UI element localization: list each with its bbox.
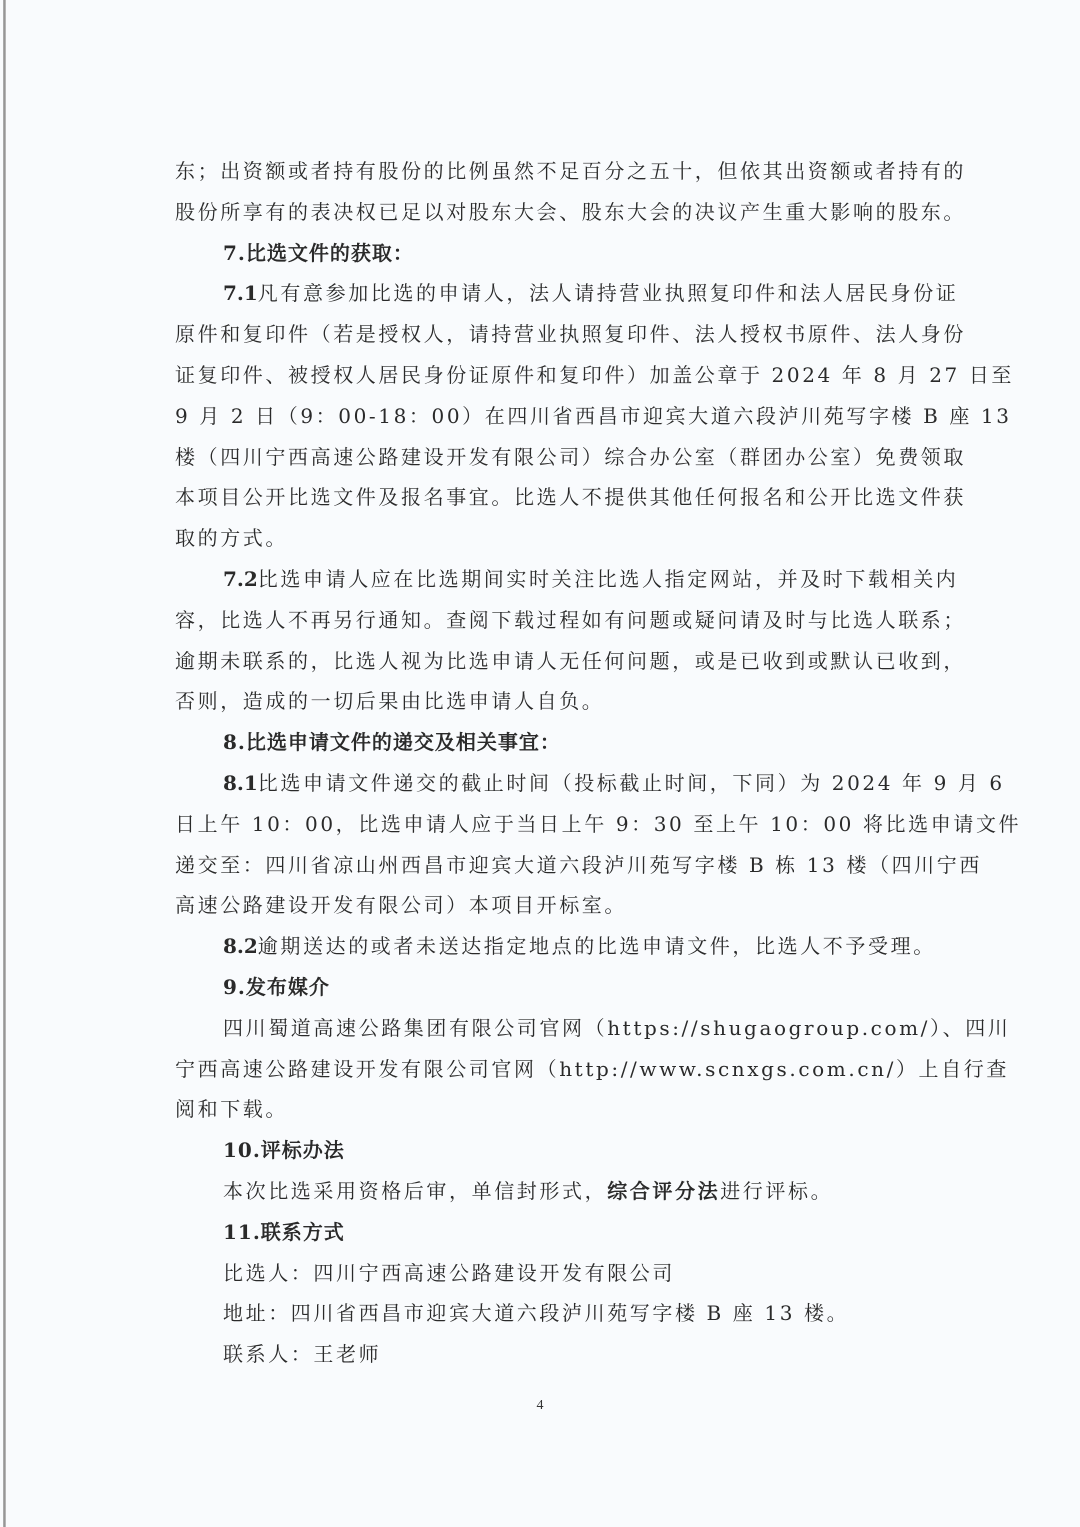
text-line: 容，比选人不再另行通知。查阅下载过程如有问题或疑问请及时与比选人联系； [175, 600, 907, 641]
contact-address: 地址：四川省西昌市迎宾大道六段泸川苑写字楼 B 座 13 楼。 [175, 1293, 907, 1334]
paragraph-8-1-first-line: 8.1比选申请文件递交的截止时间（投标截止时间，下同）为 2024 年 9 月 … [175, 763, 907, 804]
section-heading-9: 9.发布媒介 [175, 967, 907, 1008]
section-heading-11: 11.联系方式 [175, 1212, 907, 1253]
section-heading-10: 10.评标办法 [175, 1130, 907, 1171]
paragraph-8-2: 8.2逾期送达的或者未送达指定地点的比选申请文件，比选人不予受理。 [175, 926, 907, 967]
contact-person: 联系人：王老师 [175, 1334, 907, 1375]
text-line: 递交至：四川省凉山州西昌市迎宾大道六段泸川苑写字楼 B 栋 13 楼（四川宁西 [175, 845, 907, 886]
text-line: 9 月 2 日（9：00-18：00）在四川省西昌市迎宾大道六段泸川苑写字楼 B… [175, 396, 907, 437]
paragraph-7-2-first-line: 7.2比选申请人应在比选期间实时关注比选人指定网站，并及时下载相关内 [175, 559, 907, 600]
text-line: 股份所享有的表决权已足以对股东大会、股东大会的决议产生重大影响的股东。 [175, 192, 907, 233]
clause-number: 8.1 [223, 771, 258, 795]
section-heading-7: 7.比选文件的获取： [175, 233, 907, 274]
page-number: 4 [0, 1398, 1080, 1414]
text-line: 证复印件、被授权人居民身份证原件和复印件）加盖公章于 2024 年 8 月 27… [175, 355, 907, 396]
scan-edge-line [3, 0, 6, 1527]
evaluation-method-line: 本次比选采用资格后审，单信封形式，综合评分法进行评标。 [175, 1171, 907, 1212]
clause-number: 7.1 [223, 281, 258, 305]
paragraph-7-1-first-line: 7.1凡有意参加比选的申请人，法人请持营业执照复印件和法人居民身份证 [175, 273, 907, 314]
clause-number: 7.2 [223, 567, 258, 591]
text-line: 东；出资额或者持有股份的比例虽然不足百分之五十，但依其出资额或者持有的 [175, 151, 907, 192]
text-line: 否则，造成的一切后果由比选申请人自负。 [175, 681, 907, 722]
text-line: 取的方式。 [175, 518, 907, 559]
section-heading-8: 8.比选申请文件的递交及相关事宜： [175, 722, 907, 763]
text-line: 日上午 10：00，比选申请人应于当日上午 9：30 至上午 10：00 将比选… [175, 804, 907, 845]
text-line: 原件和复印件（若是授权人，请持营业执照复印件、法人授权书原件、法人身份 [175, 314, 907, 355]
evaluation-method-emphasis: 综合评分法 [607, 1179, 720, 1203]
document-body: 东；出资额或者持有股份的比例虽然不足百分之五十，但依其出资额或者持有的 股份所享… [175, 151, 907, 1375]
clause-number: 8.2 [223, 934, 258, 958]
text-line: 逾期未联系的，比选人视为比选申请人无任何问题，或是已收到或默认已收到， [175, 641, 907, 682]
text-line: 本项目公开比选文件及报名事宜。比选人不提供其他任何报名和公开比选文件获 [175, 477, 907, 518]
contact-company: 比选人：四川宁西高速公路建设开发有限公司 [175, 1253, 907, 1294]
text-line: 宁西高速公路建设开发有限公司官网（http://www.scnxgs.com.c… [175, 1049, 907, 1090]
text-line: 四川蜀道高速公路集团有限公司官网（https://shugaogroup.com… [175, 1008, 907, 1049]
text-line: 楼（四川宁西高速公路建设开发有限公司）综合办公室（群团办公室）免费领取 [175, 437, 907, 478]
text-line: 阅和下载。 [175, 1089, 907, 1130]
text-line: 高速公路建设开发有限公司）本项目开标室。 [175, 885, 907, 926]
